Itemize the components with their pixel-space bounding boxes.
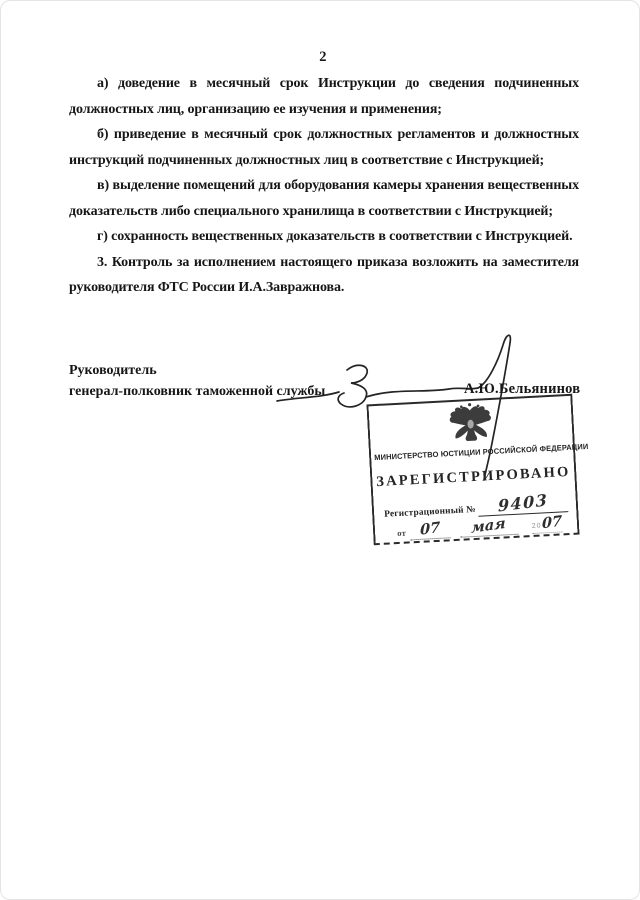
order-body-text: а) доведение в месячный срок Инструкции … [69,71,579,301]
document-page: 2 а) доведение в месячный срок Инструкци… [0,0,640,900]
signer-name: А.Ю.Бельянинов [464,381,580,398]
date-day-value: 07 [420,521,440,538]
year-prefix: 20 [532,522,542,530]
signer-rank: генерал-полковник таможенной службы [69,382,325,403]
paragraph-v: в) выделение помещений для оборудования … [69,173,579,224]
paragraph-b: б) приведение в месячный срок должностны… [69,122,579,173]
registration-number-value: 9403 [497,492,547,515]
stamp-ministry-line: МИНИСТЕРСТВО ЮСТИЦИИ РОССИЙСКОЙ ФЕДЕРАЦИ… [374,443,570,462]
signature-role-block: Руководитель генерал-полковник таможенно… [69,361,325,402]
date-year-field: 2007 [531,513,562,534]
page-number: 2 [1,49,640,66]
date-month-value: мая [472,517,506,536]
paragraph-g: г) сохранность вещественных доказательст… [69,224,579,250]
paragraph-3: 3. Контроль за исполнением настоящего пр… [69,250,579,301]
date-day-field: 07 [409,519,450,540]
signer-title: Руководитель [69,361,325,382]
date-month-field: мая [459,516,518,538]
registration-stamp: МИНИСТЕРСТВО ЮСТИЦИИ РОССИЙСКОЙ ФЕДЕРАЦИ… [366,394,579,546]
stamp-registered-line: ЗАРЕГИСТРИРОВАНО [372,464,575,492]
date-prefix-label: от [397,528,406,541]
coat-of-arms-icon [446,401,494,445]
paragraph-a: а) доведение в месячный срок Инструкции … [69,71,579,122]
date-year-value: 07 [542,514,562,531]
